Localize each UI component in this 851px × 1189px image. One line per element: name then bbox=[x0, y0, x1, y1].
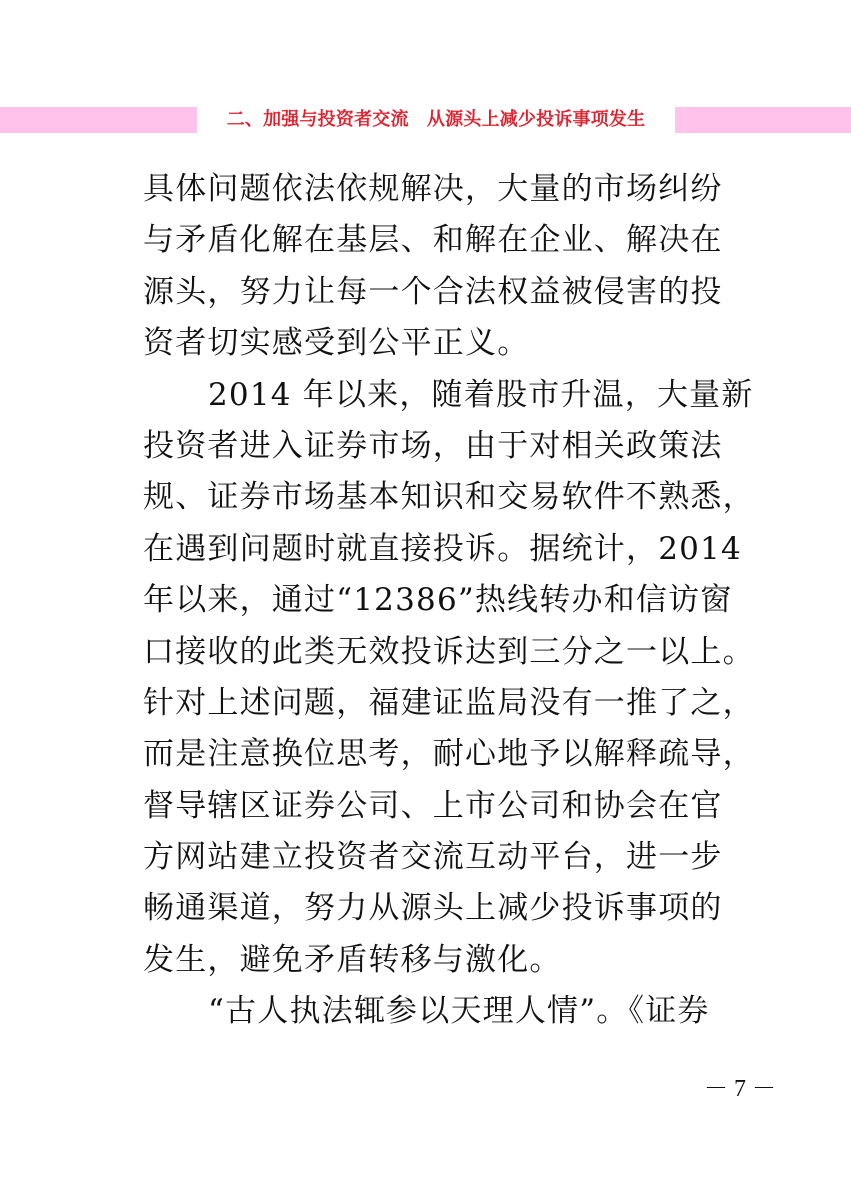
text-line: 具体问题依法依规解决，大量的市场纠纷 bbox=[143, 164, 735, 215]
section-header-band: 二、加强与投资者交流 从源头上减少投诉事项发生 bbox=[0, 107, 851, 133]
text-line: 2014 年以来，随着股市升温，大量新 bbox=[143, 370, 735, 421]
text-line: 口接收的此类无效投诉达到三分之一以上。 bbox=[143, 627, 735, 678]
text-line: 而是注意换位思考，耐心地予以解释疏导， bbox=[143, 729, 735, 780]
section-header-title: 二、加强与投资者交流 从源头上减少投诉事项发生 bbox=[203, 107, 669, 133]
text-line: 畅通渠道，努力从源头上减少投诉事项的 bbox=[143, 883, 735, 934]
page-number: － 7 － bbox=[700, 1068, 780, 1098]
text-line: 资者切实感受到公平正义。 bbox=[143, 318, 735, 369]
body-text: 具体问题依法依规解决，大量的市场纠纷 与矛盾化解在基层、和解在企业、解决在 源头… bbox=[143, 164, 735, 1038]
text-line: 投资者进入证券市场，由于对相关政策法 bbox=[143, 421, 735, 472]
text-line: 督导辖区证券公司、上市公司和协会在官 bbox=[143, 781, 735, 832]
header-band-right-decoration bbox=[675, 107, 851, 133]
text-line: 在遇到问题时就直接投诉。据统计，2014 bbox=[143, 524, 735, 575]
text-line: 规、证券市场基本知识和交易软件不熟悉， bbox=[143, 472, 735, 523]
text-line: “古人执法辄参以天理人情”。《证券 bbox=[143, 986, 735, 1037]
text-line: 源头，努力让每一个合法权益被侵害的投 bbox=[143, 267, 735, 318]
header-band-left-decoration bbox=[0, 107, 197, 133]
text-line: 发生，避免矛盾转移与激化。 bbox=[143, 935, 735, 986]
text-line: 年以来，通过“12386”热线转办和信访窗 bbox=[143, 575, 735, 626]
text-line: 与矛盾化解在基层、和解在企业、解决在 bbox=[143, 215, 735, 266]
text-line: 方网站建立投资者交流互动平台，进一步 bbox=[143, 832, 735, 883]
text-line: 针对上述问题，福建证监局没有一推了之， bbox=[143, 678, 735, 729]
